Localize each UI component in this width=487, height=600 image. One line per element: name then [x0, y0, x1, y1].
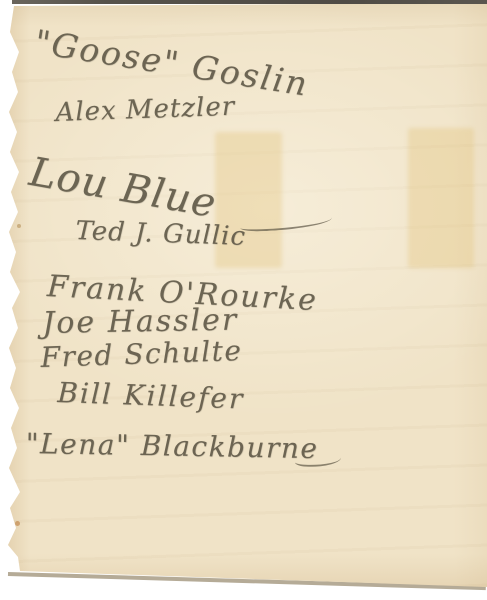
scan-edge-shadow — [12, 0, 487, 4]
signature-fred-schulte: Fred Schulte — [40, 334, 243, 374]
signature-lena-blackburne: "Lena" Blackburne — [25, 427, 318, 465]
signature-alex-metzler: Alex Metzler — [55, 92, 236, 128]
signature-flourish-blackburne — [295, 455, 341, 468]
album-page-paper: "Goose" Goslin Alex Metzler Lou Blue Ted… — [6, 3, 487, 589]
tape-stain-right — [408, 128, 474, 268]
scanned-autograph-page: "Goose" Goslin Alex Metzler Lou Blue Ted… — [0, 0, 487, 600]
signature-lou-blue: Lou Blue — [26, 149, 220, 227]
foxing-speck — [15, 521, 20, 526]
signature-ted-gullic: Ted J. Gullic — [75, 216, 247, 252]
signature-flourish-gullic — [240, 212, 333, 233]
signature-goose-goslin: "Goose" Goslin — [32, 22, 312, 104]
signature-bill-killefer: Bill Killefer — [57, 376, 245, 416]
foxing-speck — [17, 224, 21, 228]
